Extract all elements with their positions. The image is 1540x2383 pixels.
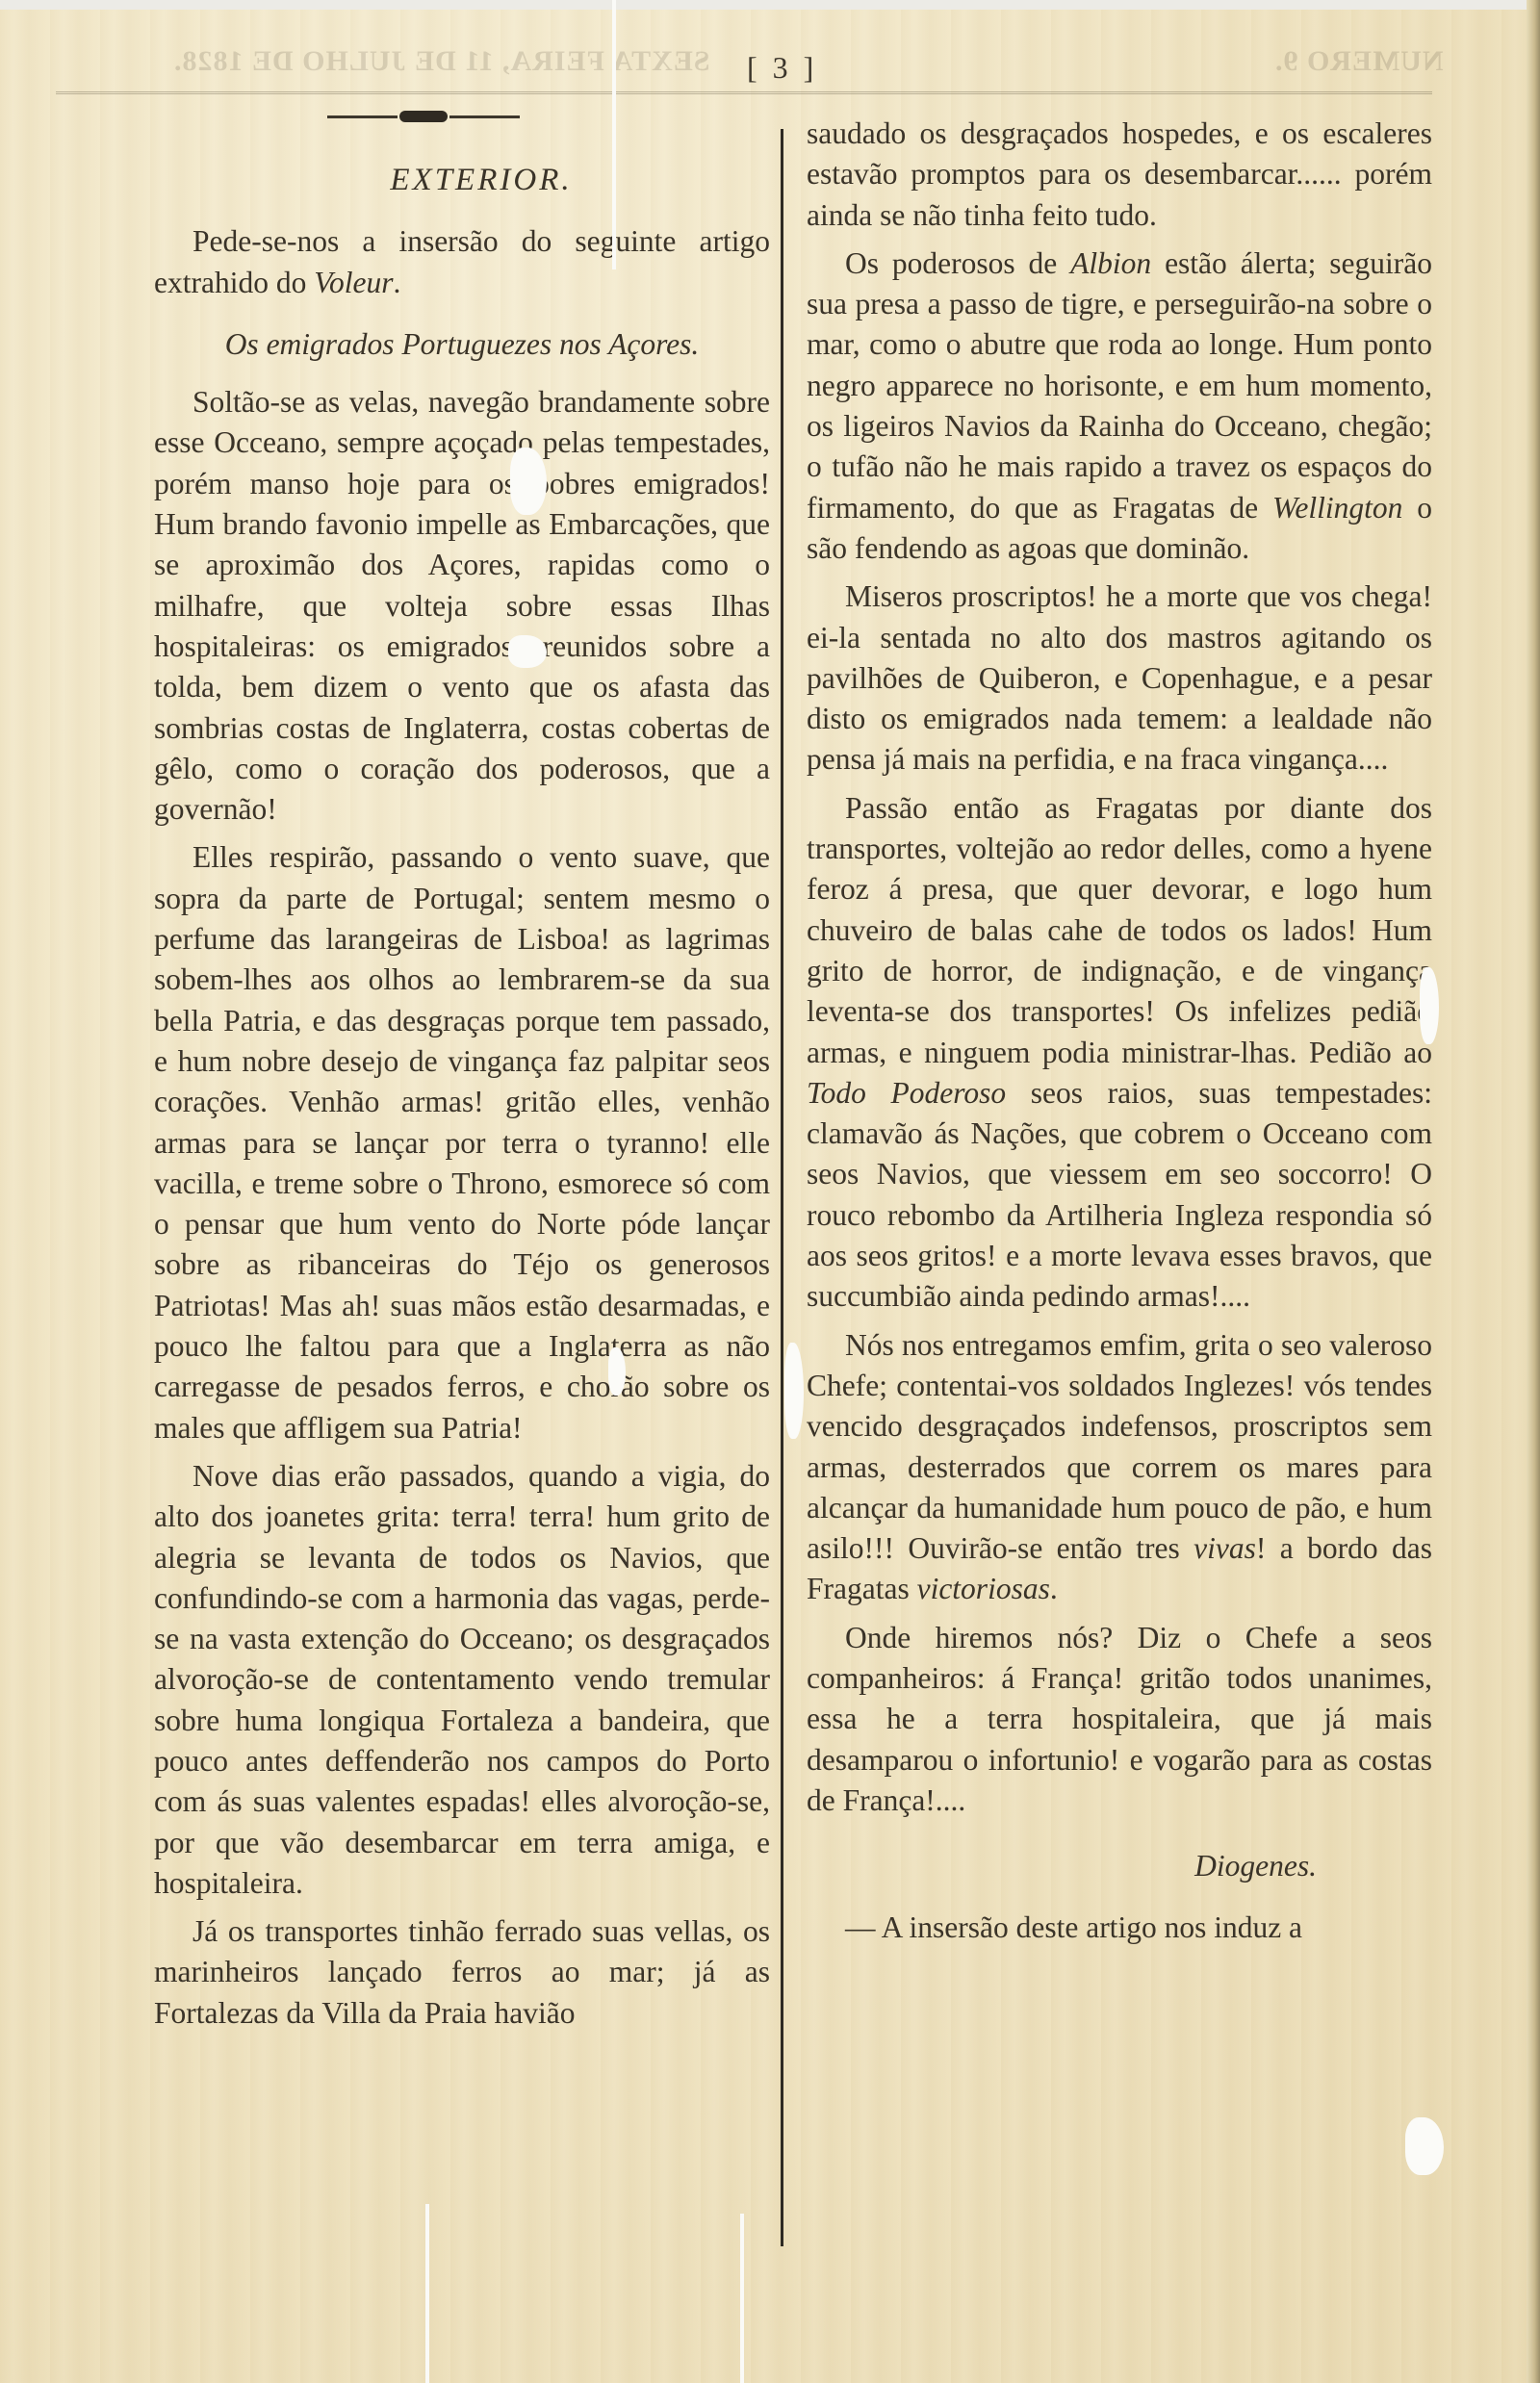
right-column: saudado os desgraçados hospedes, e os es… bbox=[807, 114, 1432, 1957]
ornamental-divider bbox=[327, 110, 520, 123]
paper-hole bbox=[784, 1343, 804, 1439]
paper-crease bbox=[740, 2214, 744, 2383]
intro-text: Pede-se-nos a insersão do seguinte artig… bbox=[154, 224, 770, 298]
text: Nós nos entregamos emfim, grita o seo va… bbox=[807, 1328, 1432, 1565]
paper-hole bbox=[510, 448, 547, 515]
ornament-line-left bbox=[327, 115, 398, 118]
paper-hole bbox=[508, 635, 547, 668]
article-paragraph: Soltão-se as velas, navegão brandamente … bbox=[154, 382, 770, 830]
page-number: [ 3 ] bbox=[747, 50, 817, 86]
closing-note: — A insersão deste artigo nos induz a bbox=[807, 1908, 1432, 1948]
article-paragraph: Onde hiremos nós? Diz o Chefe a seos com… bbox=[807, 1618, 1432, 1821]
paper-hole bbox=[608, 1347, 626, 1396]
ghost-header-left: SEXTA FEIRA, 11 DE JULHO DE 1828. bbox=[173, 45, 710, 78]
header-rule bbox=[56, 91, 1432, 94]
article-title: Os emigrados Portuguezes nos Açores. bbox=[154, 324, 770, 365]
text: seos raios, suas tempestades: clamavão á… bbox=[807, 1076, 1432, 1313]
continuation-paragraph: saudado os desgraçados hospedes, e os es… bbox=[807, 114, 1432, 236]
article-paragraph: Elles respirão, passando o vento suave, … bbox=[154, 837, 770, 1448]
text: Os poderosos de bbox=[845, 246, 1070, 280]
scan-top-margin bbox=[0, 0, 1540, 10]
intro-paragraph: Pede-se-nos a insersão do seguinte artig… bbox=[154, 221, 770, 303]
left-column: EXTERIOR. Pede-se-nos a insersão do segu… bbox=[154, 160, 770, 2041]
source-name: Voleur bbox=[314, 266, 393, 299]
ghost-header-right: NUMERO 9. bbox=[1274, 45, 1444, 78]
ornament-line-right bbox=[449, 115, 520, 118]
newspaper-page: SEXTA FEIRA, 11 DE JULHO DE 1828. NUMERO… bbox=[0, 0, 1540, 2383]
page-edge bbox=[1527, 0, 1540, 2383]
paper-crease bbox=[425, 2204, 429, 2383]
article-paragraph: Passão então as Fragatas por diante dos … bbox=[807, 788, 1432, 1318]
author-signature: Diogenes. bbox=[807, 1846, 1432, 1886]
proper-name: Todo Poderoso bbox=[807, 1076, 1006, 1110]
emphasis: vivas bbox=[1193, 1531, 1256, 1565]
paper-hole bbox=[1420, 967, 1439, 1044]
article-paragraph: Miseros proscriptos! he a morte que vos … bbox=[807, 577, 1432, 780]
text: estão álerta; seguirão sua presa a passo… bbox=[807, 246, 1432, 525]
text: . bbox=[1050, 1572, 1058, 1605]
ornament-knot-icon bbox=[399, 111, 448, 122]
paper-crease bbox=[612, 0, 616, 269]
column-rule bbox=[781, 129, 783, 2246]
text: Passão então as Fragatas por diante dos … bbox=[807, 791, 1432, 1069]
article-paragraph: Já os transportes tinhão ferrado suas ve… bbox=[154, 1911, 770, 2034]
intro-text-end: . bbox=[393, 266, 400, 299]
article-paragraph: Nove dias erão passados, quando a vigia,… bbox=[154, 1456, 770, 1904]
paper-hole bbox=[1405, 2117, 1444, 2175]
proper-name: Albion bbox=[1070, 246, 1151, 280]
article-paragraph: Os poderosos de Albion estão álerta; seg… bbox=[807, 243, 1432, 569]
proper-name: Wellington bbox=[1272, 491, 1402, 525]
emphasis: victoriosas bbox=[917, 1572, 1050, 1605]
section-title: EXTERIOR. bbox=[154, 160, 770, 200]
article-paragraph: Nós nos entregamos emfim, grita o seo va… bbox=[807, 1325, 1432, 1610]
